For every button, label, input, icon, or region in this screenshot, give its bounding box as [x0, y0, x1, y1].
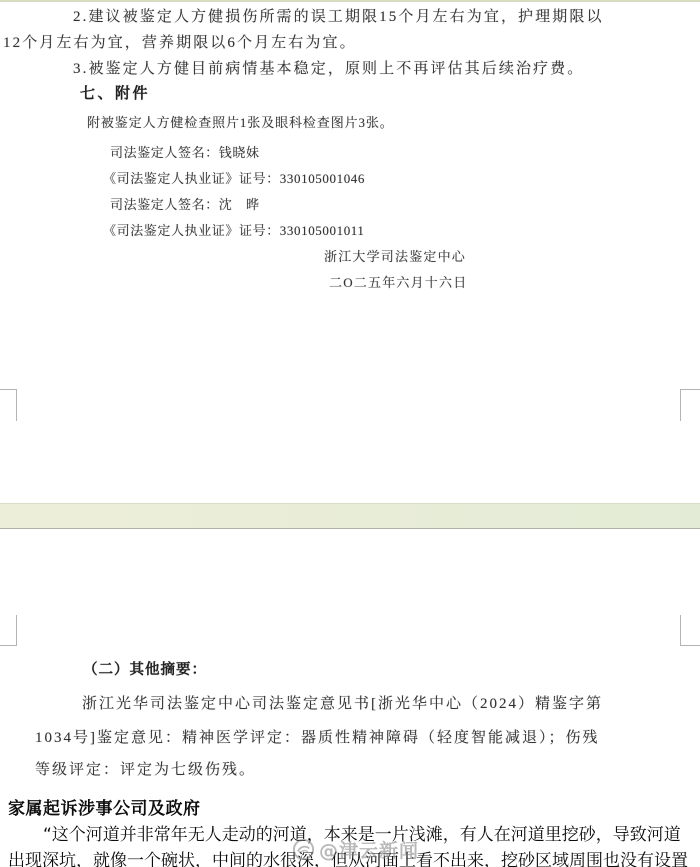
article-page: 2.建议被鉴定人方健损伤所需的误工期限15个月左右为宜，护理期限以 12个月左右…: [0, 0, 700, 867]
doc1-attachment-note: 附被鉴定人方健检查照片1张及眼科检查图片3张。: [87, 112, 394, 131]
article-paragraph-line-2: 出现深坑，就像一个碗状，中间的水很深，但从河面上看不出来，挖砂区域周围也没有设置: [8, 846, 688, 867]
page2-margin-mark-top-left: [0, 615, 17, 646]
doc1-recommendation-line-1: 2.建议被鉴定人方健损伤所需的误工期限15个月左右为宜，护理期限以: [73, 5, 604, 26]
doc1-signer2-name: 司法鉴定人签名：沈 晔: [110, 194, 260, 213]
page1-margin-mark-bottom-right: [680, 389, 700, 421]
doc1-issue-date: 二O二五年六月十六日: [329, 272, 467, 291]
doc2-opinion-line-3: 等级评定：评定为七级伤残。: [35, 758, 256, 779]
doc1-section-heading-attachments: 七、附件: [80, 82, 150, 103]
article-subheading: 家属起诉涉事公司及政府: [8, 794, 201, 819]
article-paragraph-line-1: “这个河道并非常年无人走动的河道，本来是一片浅滩，有人在河道里挖砂，导致河道: [43, 820, 681, 845]
doc1-signer2-cert-number: 《司法鉴定人执业证》证号：330105001011: [103, 220, 365, 239]
doc2-opinion-line-1: 浙江光华司法鉴定中心司法鉴定意见书[浙光华中心（2024）精鉴字第: [82, 692, 603, 713]
page1-margin-mark-bottom-left: [0, 389, 17, 421]
doc1-issuing-org: 浙江大学司法鉴定中心: [324, 246, 466, 265]
doc1-recommendation-line-2: 12个月左右为宜，营养期限以6个月左右为宜。: [3, 31, 357, 52]
doc1-signer1-name: 司法鉴定人签名：钱晓妹: [110, 142, 260, 161]
doc2-opinion-line-2: 1034号]鉴定意见：精神医学评定：器质性精神障碍（轻度智能减退）；伤残: [35, 726, 600, 747]
doc1-signer1-cert-number: 《司法鉴定人执业证》证号：330105001046: [103, 168, 365, 187]
top-edge-background-sliver: [0, 0, 700, 2]
page2-margin-mark-top-right: [680, 615, 700, 646]
doc2-section-heading-other-summary: （二）其他摘要：: [83, 658, 207, 679]
doc1-recommendation-line-3: 3.被鉴定人方健目前病情基本稳定，原则上不再评估其后续治疗费。: [73, 57, 584, 78]
page-separator-band: [0, 503, 700, 529]
